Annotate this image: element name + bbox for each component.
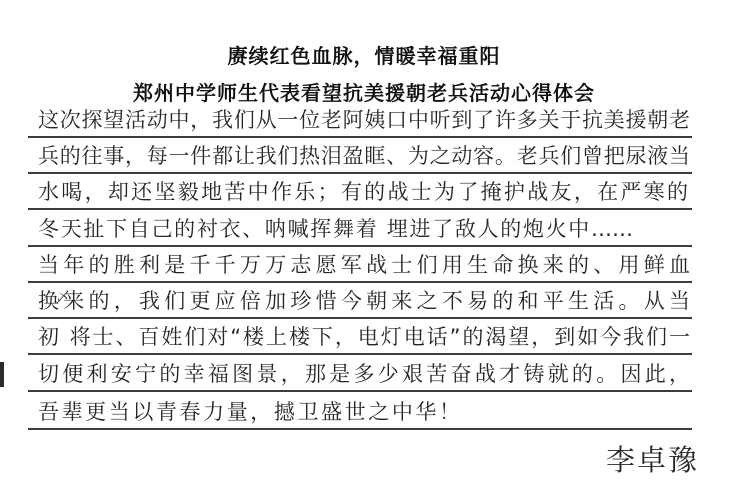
handwritten-line: 水喝，却还坚毅地苦中作乐；有的战士为了掩护战友，在严寒的 — [38, 177, 688, 208]
handwritten-line: 冬天扯下自己的衬衣、呐喊挥舞着 埋进了敌人的炮火中…… — [38, 214, 633, 245]
essay-title: 赓续红色血脉，情暖幸福重阳 — [0, 40, 739, 69]
ruled-line — [28, 428, 692, 430]
ruled-line — [28, 136, 692, 138]
signature: 李卓豫 — [606, 438, 699, 479]
handwritten-line: 这次探望活动中，我们从一位老阿姨口中听到了许多关于抗美援朝老 — [38, 105, 690, 136]
ruled-line — [28, 208, 692, 210]
handwritten-line: 当年的胜利是千千万万志愿军战士们用生命换来的、用鲜血 — [38, 250, 690, 281]
ruled-line — [28, 353, 692, 355]
ruled-line — [28, 281, 692, 283]
handwritten-line: 吾辈更当以青春力量，撼卫盛世之中华！ — [38, 397, 460, 428]
handwritten-line: 换来的，我们更应倍加珍惜今朝来之不易的和平生活。从当 — [38, 286, 690, 317]
ruled-line — [28, 390, 692, 392]
ruled-line — [28, 245, 692, 247]
handwritten-line: 初 将士、百姓们对“楼上楼下，电灯电话”的渴望，到如今我们一 — [38, 322, 690, 353]
insertion-mark: 乄 — [57, 286, 70, 305]
ruled-line — [28, 172, 692, 174]
essay-page: 赓续红色血脉，情暖幸福重阳 郑州中学师生代表看望抗美援朝老兵活动心得体会 这次探… — [0, 0, 750, 500]
ruled-line — [28, 317, 692, 319]
handwritten-line: 切便利安宁的幸福图景，那是多少艰苦奋战才铸就的。因此， — [38, 359, 690, 390]
scan-edge-artifact — [0, 362, 4, 387]
handwritten-line: 兵的往事，每一件都让我们热泪盈眶、为之动容。老兵们曾把尿液当 — [38, 141, 690, 172]
essay-subtitle: 郑州中学师生代表看望抗美援朝老兵活动心得体会 — [0, 77, 739, 106]
